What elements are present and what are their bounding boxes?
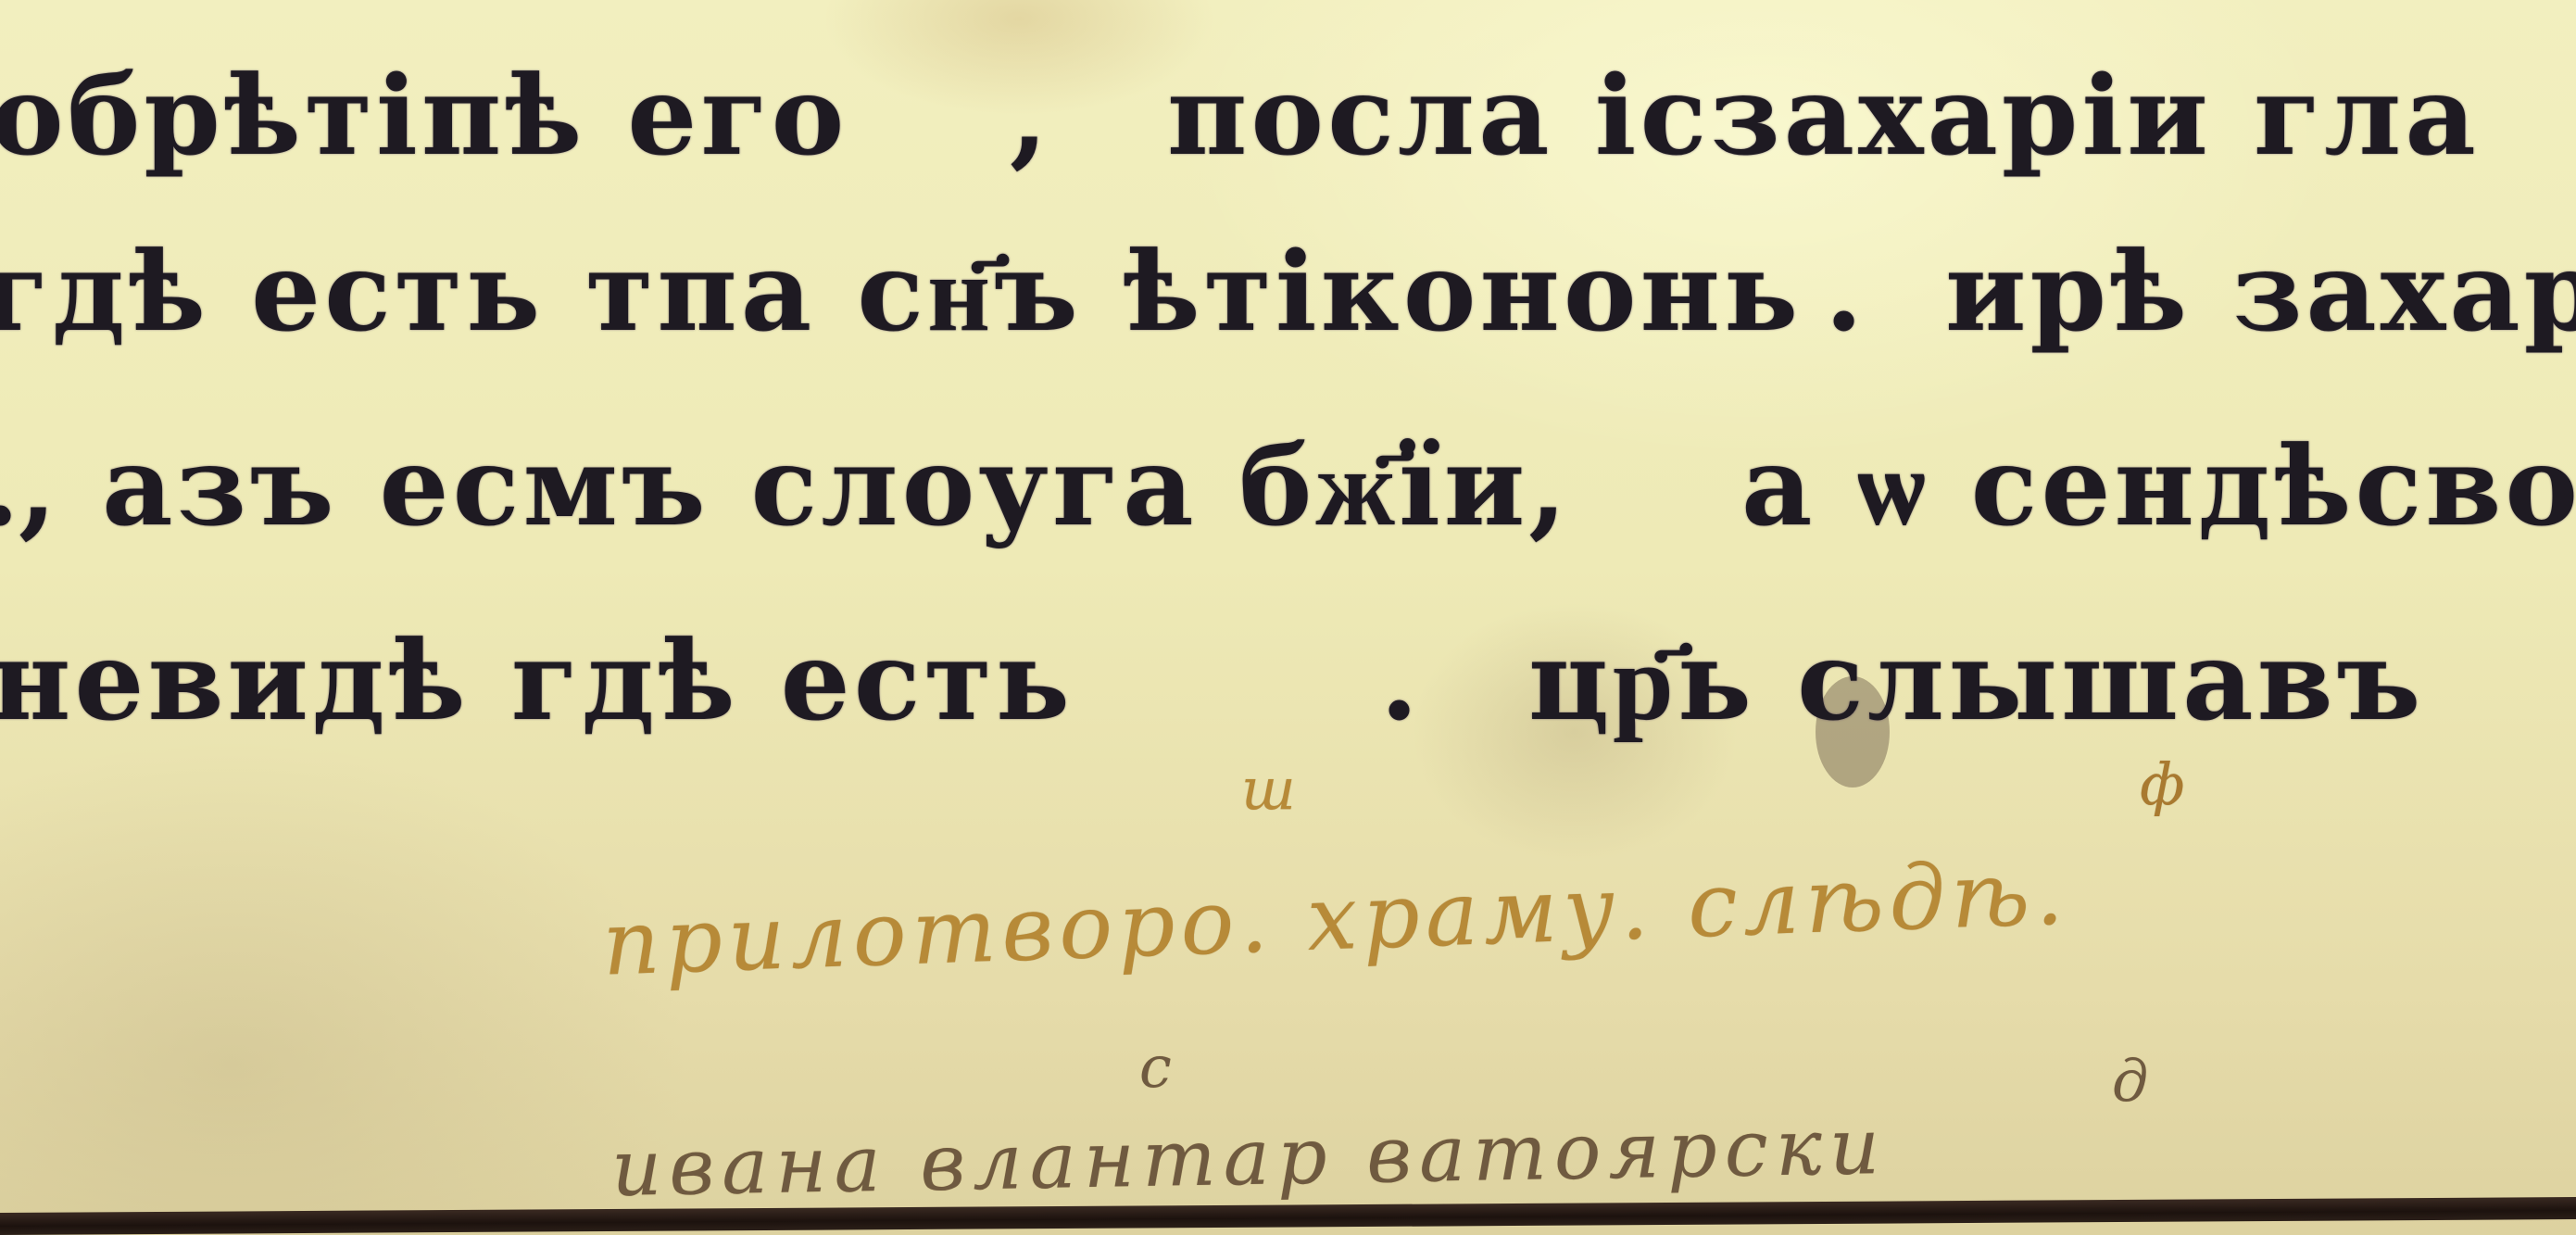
- marginal-superscript: ш: [1241, 755, 1296, 823]
- marginal-note-2: ивана влантар ватоярски: [610, 1101, 1888, 1214]
- marginal-superscript: д: [2112, 1047, 2148, 1115]
- punctuation: ,: [1010, 51, 1051, 180]
- text-segment: а ѡ сендѣсвоеа: [1741, 422, 2576, 551]
- page-edge-shadow: [0, 1197, 2576, 1235]
- text-segment: , азъ есмъ слоуга бж҃їи,: [19, 422, 1570, 551]
- punctuation: .: [1825, 227, 1866, 356]
- text-segment: невидѣ гдѣ есть: [0, 616, 1074, 745]
- text-segment: обрѣтіпѣ его: [0, 51, 848, 180]
- marginal-superscript: с: [1139, 1033, 1172, 1101]
- text-segment: гдѣ есть тпа сн҃ъ ѣтікононь: [0, 227, 1802, 357]
- text-segment: ирѣ захар: [1945, 227, 2576, 356]
- text-segment: посла ісзахаріи гла: [1167, 51, 2480, 180]
- marginal-superscript: ф: [2140, 750, 2185, 818]
- marginal-note-1: прилотворо. храму. слѣдѣ.: [601, 840, 2071, 995]
- text-segment: цр҃ь слышавъ: [1528, 616, 2424, 746]
- manuscript-photo: обрѣтіпѣ его , посла ісзахаріи гла гдѣ е…: [0, 0, 2576, 1235]
- punctuation: .: [1380, 616, 1422, 745]
